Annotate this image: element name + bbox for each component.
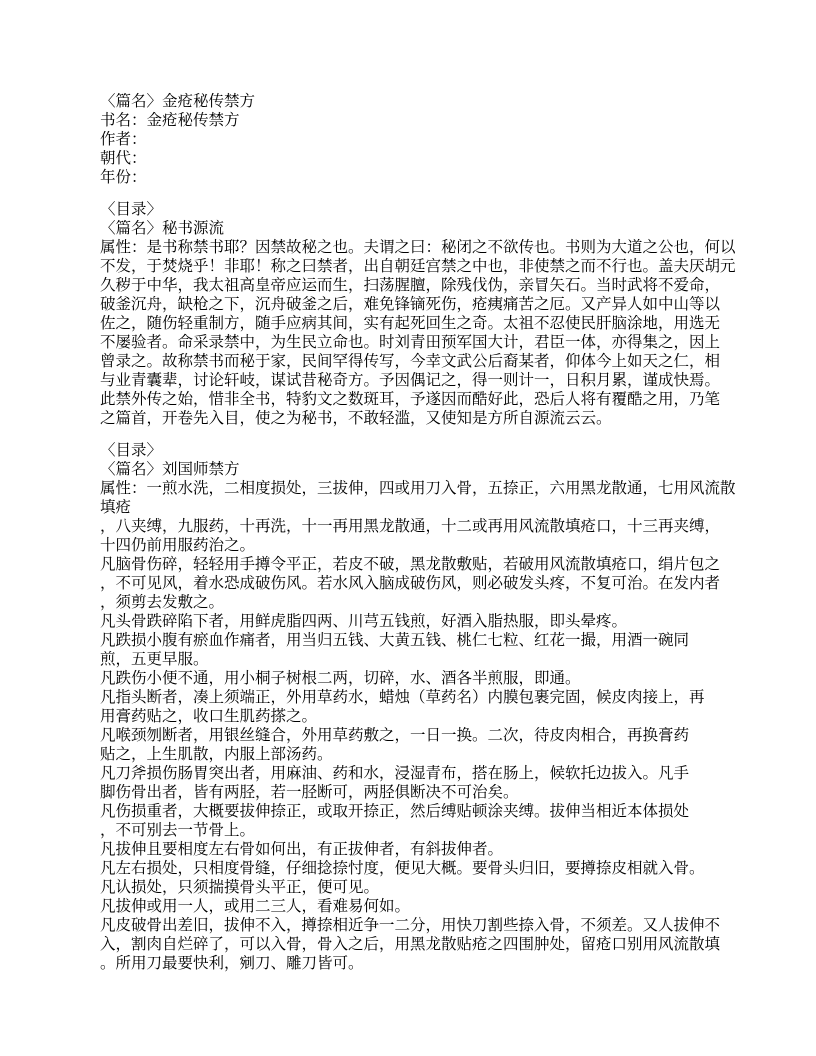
section-liu-guo-shi-jin-fang: 〈目录〉〈篇名〉刘国师禁方属性：一煎水洗，二相度损处，三拔伸，四或用刀入骨，五捺… (100, 441, 726, 973)
text-line: 此禁外传之始，惜非全书，特豹文之数斑耳，予遂因而酷好此，恐后人将有覆酷之用，乃笔 (100, 390, 726, 409)
text-line: 年份： (100, 168, 726, 187)
text-line: 凡皮破骨出差旧，拔伸不入，撙捺相近争一二分，用快刀割些捺入骨，不须差。又人拔伸不 (100, 916, 726, 935)
text-line: 用膏药贴之，收口生肌药搽之。 (100, 707, 726, 726)
text-line: ，不可别去一节骨上。 (100, 821, 726, 840)
text-line: 凡伤损重者，大概要拔伸捺正，或取开捺正，然后缚贴顿涂夹缚。拔伸当相近本体损处 (100, 802, 726, 821)
section-mi-shu-yuan-liu: 〈目录〉〈篇名〉秘书源流属性：是书称禁书耶？因禁故秘之也。夫谓之曰：秘闭之不欲传… (100, 200, 726, 428)
text-line: 作者： (100, 130, 726, 149)
text-line: 破釜沉舟，缺枪之下，沉舟破釜之后，难免锋镝死伤，疮痍痛苦之厄。又产异人如中山等以 (100, 295, 726, 314)
text-line: 凡拔伸或用一人，或用二三人，看难易何如。 (100, 897, 726, 916)
text-line: 凡脑骨伤碎，轻轻用手撙令平正，若皮不破，黑龙散敷贴，若破用风流散填疮口，绢片包之 (100, 555, 726, 574)
text-line: 凡喉颈刎断者，用银丝缝合，外用草药敷之，一日一换。二次，待皮肉相合，再换膏药 (100, 726, 726, 745)
text-line: 〈目录〉 (100, 200, 726, 219)
text-line: 〈篇名〉金疮秘传禁方 (100, 92, 726, 111)
text-line: 之篇首，开卷先入目，使之为秘书，不敢轻滥，又使知是方所自源流云云。 (100, 409, 726, 428)
text-line: 贴之，上生肌散，内服上部汤药。 (100, 745, 726, 764)
text-line: 十四仍前用服药治之。 (100, 536, 726, 555)
text-line: 不屡验者。命采录禁中，为生民立命也。时刘青田预军国大计，君臣一体，亦得集之，因上 (100, 333, 726, 352)
text-line: 脚伤骨出者，皆有两胫，若一胫断可，两胫俱断决不可治矣。 (100, 783, 726, 802)
text-line: 。所用刀最要快利，剜刀、雕刀皆可。 (100, 954, 726, 973)
text-line: 〈目录〉 (100, 441, 726, 460)
text-line: 佐之，随伤轻重制方，随手应病其间，实有起死回生之奇。太祖不忍使民肝脑涂地，用选无 (100, 314, 726, 333)
text-line: 〈篇名〉秘书源流 (100, 219, 726, 238)
text-line: 不发，于焚烧乎！非耶！称之曰禁者，出自朝廷宫禁之中也，非使禁之而不行也。盖夫厌胡… (100, 257, 726, 276)
text-line: 曾录之。故称禁书而秘于家，民间罕得传写，今幸文武公后裔某者，仰体今上如天之仁，相 (100, 352, 726, 371)
text-line: 〈篇名〉刘国师禁方 (100, 460, 726, 479)
text-line: ，须剪去发敷之。 (100, 593, 726, 612)
text-line: 久秽于中华，我太祖高皇帝应运而生，扫荡腥膻，除残伐伪，亲冒矢石。当时武将不爱命， (100, 276, 726, 295)
text-line: 凡指头断者，凑上须端正，外用草药水，蜡烛（草药名）内膜包裹完固，候皮肉接上，再 (100, 688, 726, 707)
text-line: 属性：一煎水洗，二相度损处，三拔伸，四或用刀入骨，五捺正，六用黑龙散通，七用风流… (100, 479, 726, 498)
text-line: 凡拔伸且要相度左右骨如何出，有正拔伸者，有斜拔伸者。 (100, 840, 726, 859)
text-line: 凡跌伤小便不通，用小桐子树根二两，切碎，水、酒各半煎服，即通。 (100, 669, 726, 688)
text-line: 煎，五更早服。 (100, 650, 726, 669)
text-line: ，八夹缚，九服药，十再洗，十一再用黑龙散通，十二或再用风流散填疮口，十三再夹缚， (100, 517, 726, 536)
document-page: 〈篇名〉金疮秘传禁方书名：金疮秘传禁方作者：朝代：年份：〈目录〉〈篇名〉秘书源流… (0, 0, 816, 1056)
text-line: 凡跌损小腹有瘀血作痛者，用当归五钱、大黄五钱、桃仁七粒、红花一撮，用酒一碗同 (100, 631, 726, 650)
text-line: 凡认损处，只须揣摸骨头平正，便可见。 (100, 878, 726, 897)
text-line: 入，割肉自烂碎了，可以入骨，骨入之后，用黑龙散贴疮之四围肿处，留疮口别用风流散填 (100, 935, 726, 954)
text-line: 朝代： (100, 149, 726, 168)
text-line: 书名：金疮秘传禁方 (100, 111, 726, 130)
text-line: 属性：是书称禁书耶？因禁故秘之也。夫谓之曰：秘闭之不欲传也。书则为大道之公也，何… (100, 238, 726, 257)
document-content: 〈篇名〉金疮秘传禁方书名：金疮秘传禁方作者：朝代：年份：〈目录〉〈篇名〉秘书源流… (100, 92, 726, 973)
text-line: 凡刀斧损伤肠胃突出者，用麻油、药和水，浸湿青布，搭在肠上，候软托边拔入。凡手 (100, 764, 726, 783)
text-line: 凡左右损处，只相度骨缝，仔细捻捺忖度，便见大概。要骨头归旧，要撙捺皮相就入骨。 (100, 859, 726, 878)
text-line: 凡头骨跌碎陷下者，用鲜虎脂四两、川芎五钱煎，好酒入脂热服，即头晕疼。 (100, 612, 726, 631)
text-line: 与业青囊辈，讨论轩岐，谋试昔秘奇方。予因偶记之，得一则计一，日积月累，谨成快焉。 (100, 371, 726, 390)
text-line: ，不可见风，着水恐成破伤风。若水风入脑成破伤风，则必破发头疼，不复可治。在发内者 (100, 574, 726, 593)
text-line: 填疮 (100, 498, 726, 517)
section-book-header: 〈篇名〉金疮秘传禁方书名：金疮秘传禁方作者：朝代：年份： (100, 92, 726, 187)
